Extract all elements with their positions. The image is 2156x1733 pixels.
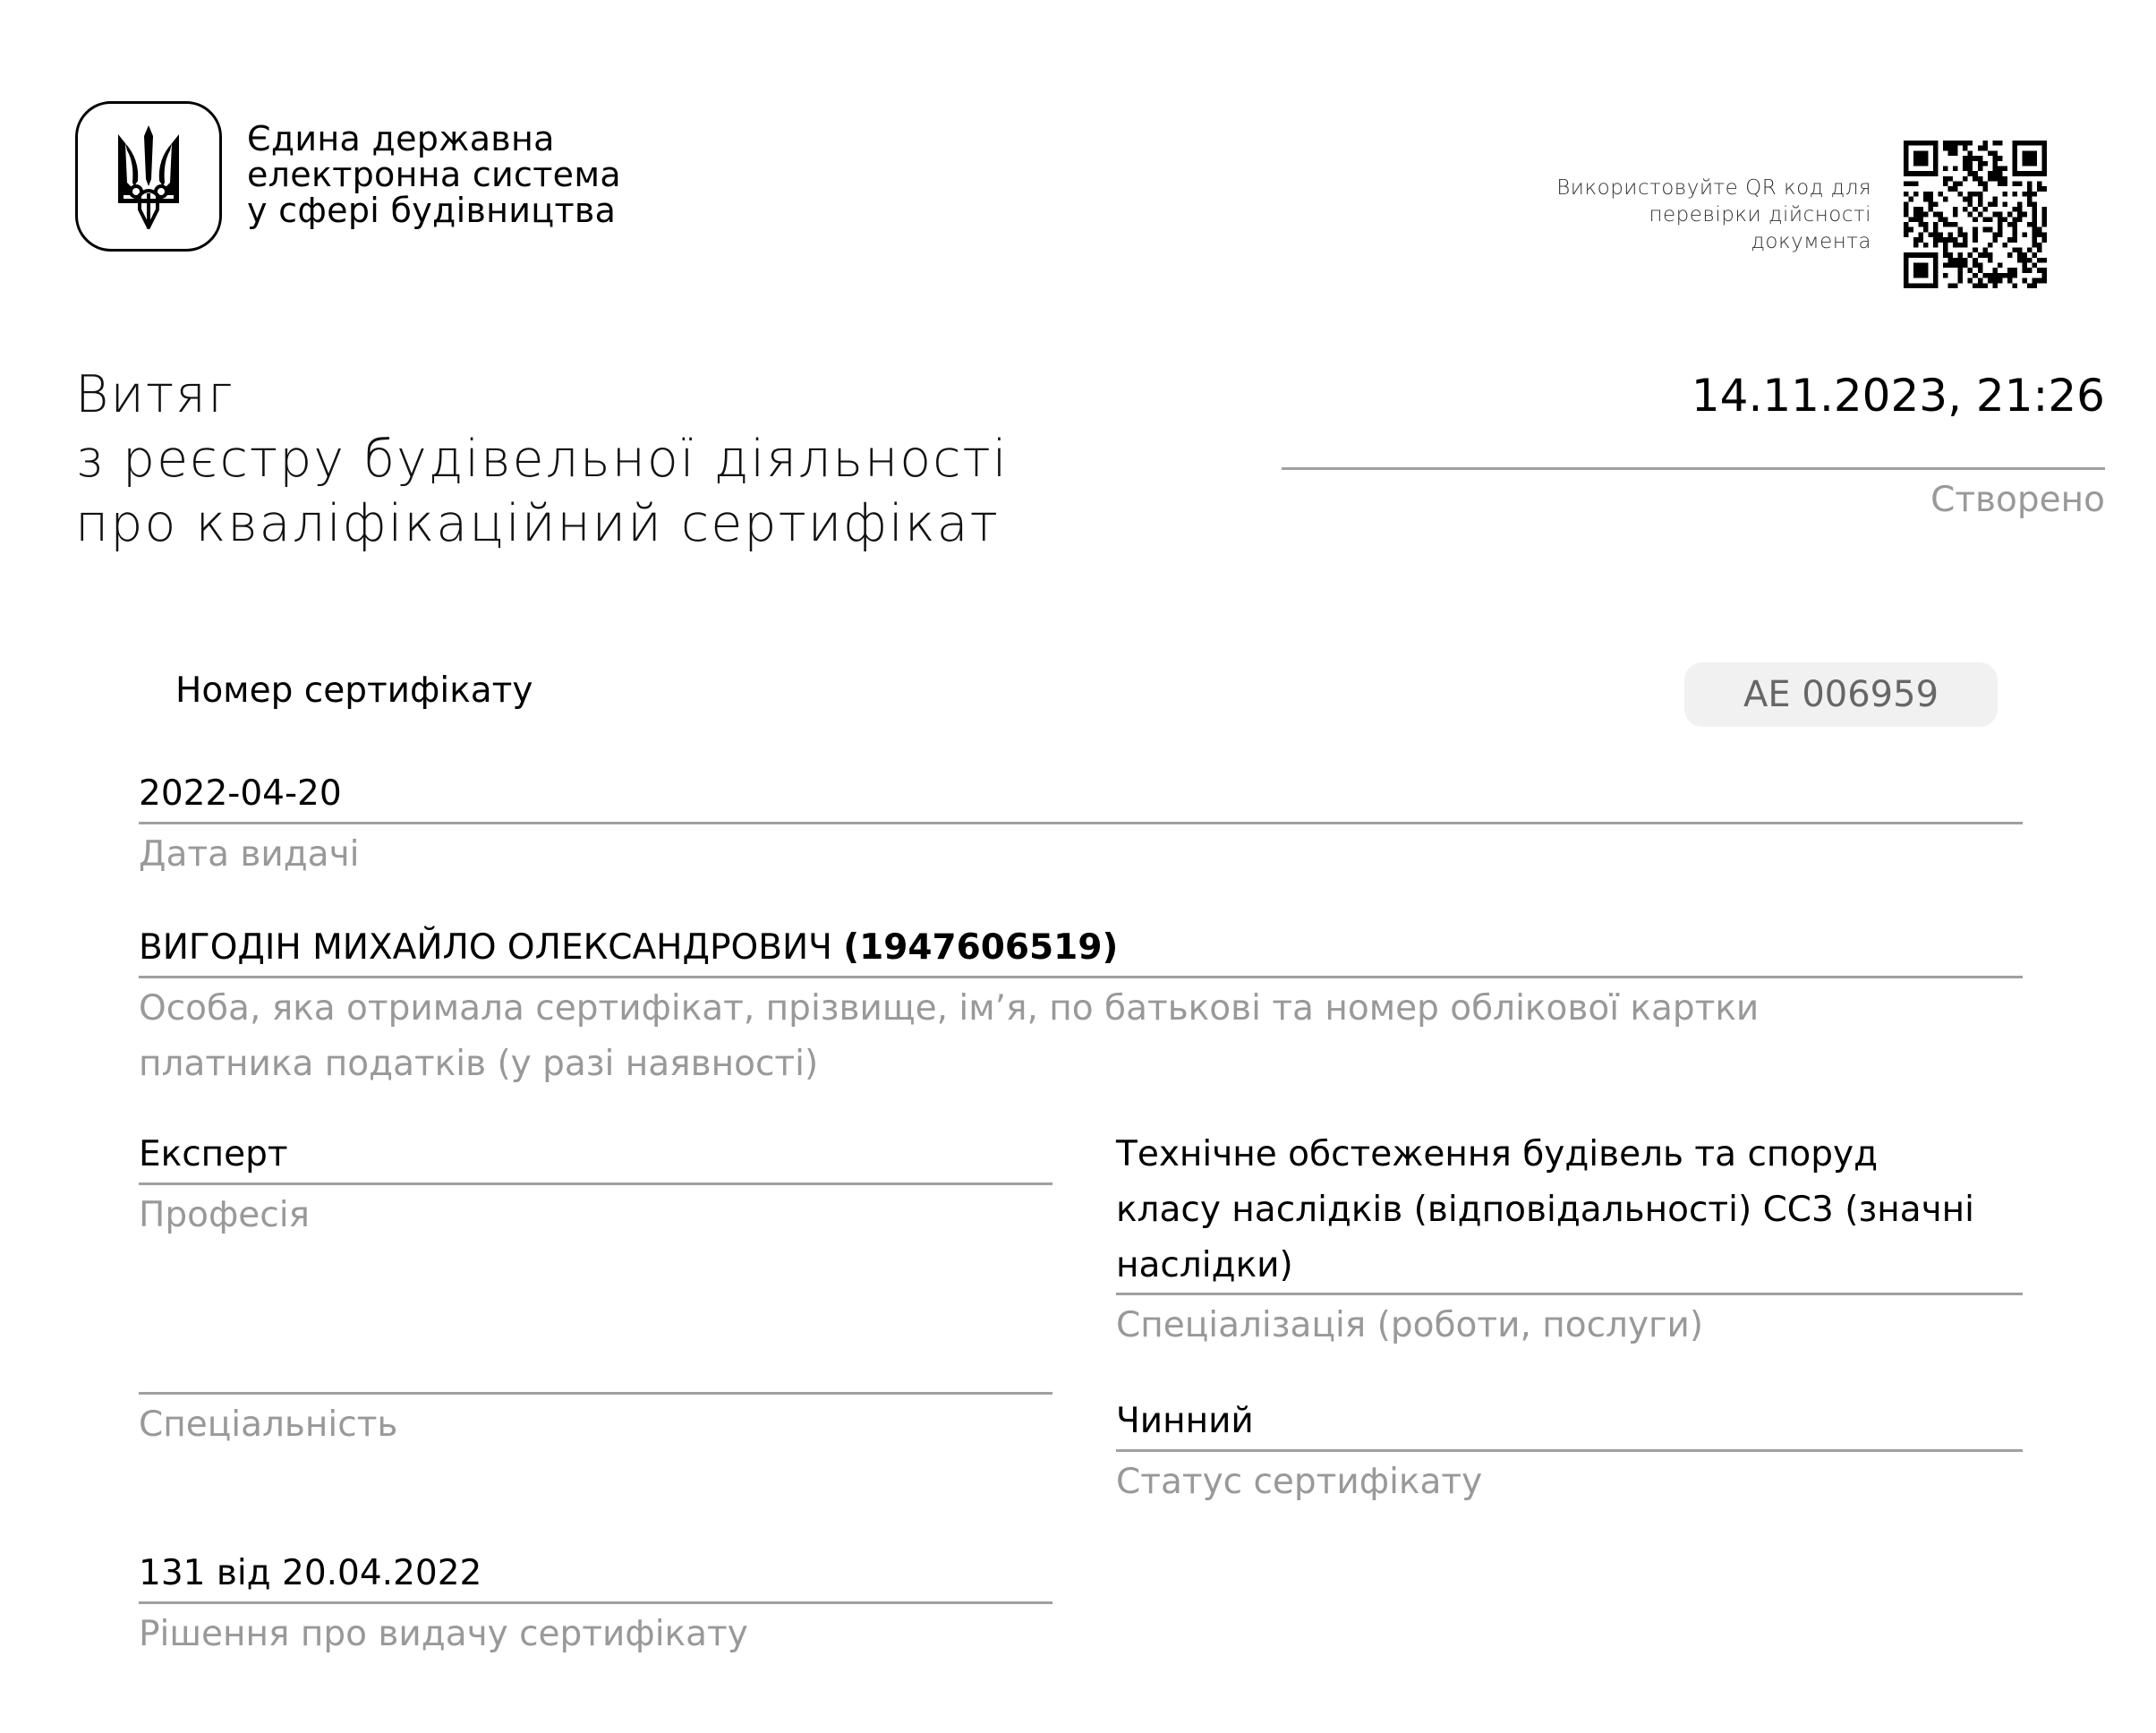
trident-coat-of-arms-icon [115, 124, 183, 229]
created-divider [1282, 467, 2105, 470]
decision-value: 131 від 20.04.2022 [139, 1546, 481, 1601]
specialty-label: Спеціальність [139, 1397, 397, 1453]
issue-date-label: Дата видачі [139, 827, 359, 883]
holder-label: Особа, яка отримала сертифікат, прізвище… [139, 981, 1759, 1092]
created-label: Створено [1930, 479, 2105, 522]
holder-tax-id: (1947606519) [843, 927, 1118, 968]
specialization-divider [1116, 1293, 2023, 1295]
specialty-divider [139, 1392, 1052, 1395]
specialization-label: Спеціалізація (роботи, послуги) [1116, 1298, 1703, 1353]
decision-divider [139, 1601, 1052, 1604]
document-title-line: з реєстру будівельної діяльності [75, 427, 1009, 491]
created-datetime: 14.11.2023, 21:26 [1692, 369, 2105, 423]
document-title-line: про кваліфікаційний сертифікат [75, 491, 1009, 556]
holder-label-line: платника податків (у разі наявності) [139, 1037, 1759, 1092]
profession-label: Професія [139, 1188, 310, 1243]
document-title: Витяг з реєстру будівельної діяльності п… [75, 363, 1009, 556]
system-name: Єдина державна електронна система у сфер… [247, 121, 621, 228]
qr-hint-line: документа [1496, 228, 1871, 255]
qr-hint-line: перевірки дійсності [1496, 201, 1871, 228]
status-divider [1116, 1449, 2023, 1452]
holder-label-line: Особа, яка отримала сертифікат, прізвище… [139, 981, 1759, 1037]
specialization-value: Технічне обстеження будівель та споруд к… [1116, 1127, 1974, 1293]
qr-code-icon[interactable] [1904, 141, 2047, 288]
qr-hint-line: Використовуйте QR код для [1496, 175, 1871, 201]
specialization-line: Технічне обстеження будівель та споруд [1116, 1127, 1974, 1182]
specialization-line: класу наслідків (відповідальності) СС3 (… [1116, 1182, 1974, 1238]
system-name-line: електронна система [247, 157, 621, 192]
holder-name: ВИГОДІН МИХАЙЛО ОЛЕКСАНДРОВИЧ [139, 927, 832, 968]
status-value: Чинний [1116, 1394, 1254, 1449]
document-title-line: Витяг [75, 363, 1009, 427]
decision-label: Рішення про видачу сертифікату [139, 1607, 748, 1662]
system-name-line: Єдина державна [247, 121, 621, 157]
holder-value: ВИГОДІН МИХАЙЛО ОЛЕКСАНДРОВИЧ (194760651… [139, 920, 1118, 976]
system-name-line: у сфері будівництва [247, 192, 621, 228]
profession-value: Експерт [139, 1127, 288, 1182]
issue-date-divider [139, 822, 2023, 824]
status-label: Статус сертифікату [1116, 1455, 1482, 1510]
holder-divider [139, 976, 2023, 978]
profession-divider [139, 1182, 1052, 1185]
certificate-number-label: Номер сертифікату [175, 670, 533, 713]
qr-hint: Використовуйте QR код для перевірки дійс… [1496, 175, 1871, 255]
specialization-line: наслідки) [1116, 1238, 1974, 1293]
logo-badge [75, 101, 222, 252]
certificate-number-badge: AE 006959 [1684, 662, 1998, 727]
issue-date-value: 2022-04-20 [139, 766, 342, 822]
